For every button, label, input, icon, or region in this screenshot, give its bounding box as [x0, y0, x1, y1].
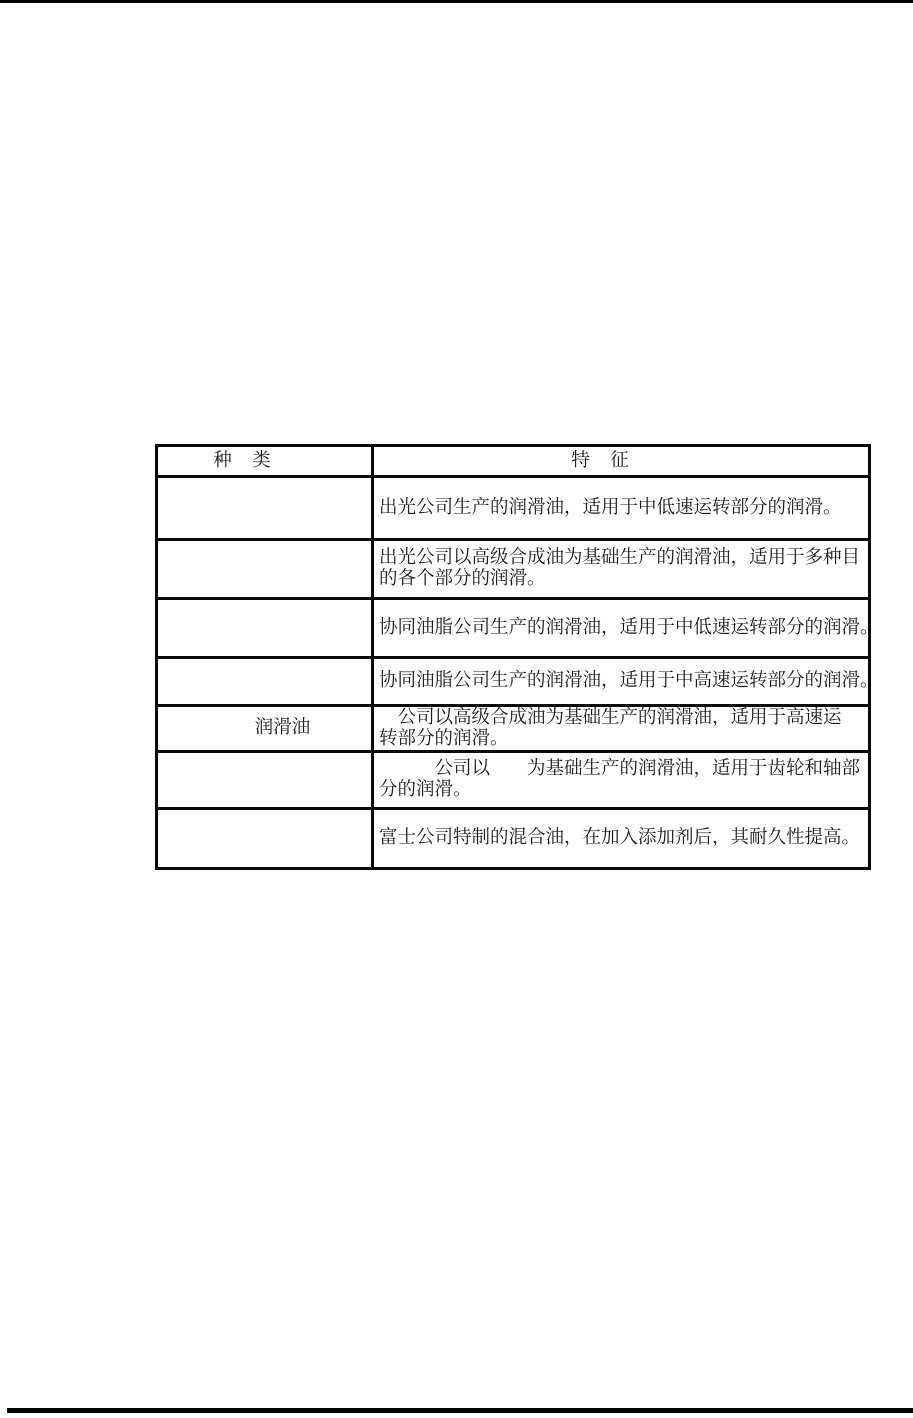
- feature-cell: 富士公司特制的混合油，在加入添加剂后，其耐久性提高。: [374, 810, 868, 867]
- page-top-rule: [0, 0, 913, 3]
- type-cell: [158, 541, 374, 597]
- feature-text: 协同油脂公司生产的润滑油，适用于中高速运转部分的润滑。: [379, 671, 868, 692]
- table-row: 出光公司以高级合成油为基础生产的润滑油，适用于多种目 的各个部分的润滑。: [158, 541, 868, 600]
- type-cell: [158, 753, 374, 807]
- feature-text: 公司以高级合成油为基础生产的润滑油，适用于高速运 转部分的润滑。: [379, 708, 842, 750]
- table-row: 协同油脂公司生产的润滑油，适用于中低速运转部分的润滑。: [158, 600, 868, 659]
- document-page: 种 类 特 征 出光公司生产的润滑油，适用于中低速运转部分的润滑。 出光公司以高…: [0, 0, 913, 1418]
- table-row: 公司以 为基础生产的润滑油，适用于齿轮和轴部 分的润滑。: [158, 753, 868, 810]
- header-feature-label: 特 征: [571, 451, 630, 472]
- lubricant-types-table: 种 类 特 征 出光公司生产的润滑油，适用于中低速运转部分的润滑。 出光公司以高…: [155, 444, 871, 870]
- type-cell: [158, 810, 374, 867]
- feature-text: 公司以 为基础生产的润滑油，适用于齿轮和轴部 分的润滑。: [379, 759, 860, 801]
- table-row: 富士公司特制的混合油，在加入添加剂后，其耐久性提高。: [158, 810, 868, 867]
- feature-cell: 公司以高级合成油为基础生产的润滑油，适用于高速运 转部分的润滑。: [374, 707, 868, 750]
- feature-cell: 协同油脂公司生产的润滑油，适用于中高速运转部分的润滑。: [374, 659, 868, 704]
- feature-cell: 出光公司以高级合成油为基础生产的润滑油，适用于多种目 的各个部分的润滑。: [374, 541, 868, 597]
- header-type-cell: 种 类: [158, 447, 374, 475]
- type-label: 润滑油: [255, 718, 311, 739]
- header-type-label: 种 类: [213, 451, 272, 472]
- feature-cell: 出光公司生产的润滑油，适用于中低速运转部分的润滑。: [374, 478, 868, 538]
- table-header-row: 种 类 特 征: [158, 447, 868, 478]
- type-cell: [158, 478, 374, 538]
- feature-text: 出光公司以高级合成油为基础生产的润滑油，适用于多种目 的各个部分的润滑。: [379, 548, 860, 590]
- table-row: 协同油脂公司生产的润滑油，适用于中高速运转部分的润滑。: [158, 659, 868, 707]
- feature-cell: 协同油脂公司生产的润滑油，适用于中低速运转部分的润滑。: [374, 600, 868, 656]
- type-cell: [158, 659, 374, 704]
- feature-cell: 公司以 为基础生产的润滑油，适用于齿轮和轴部 分的润滑。: [374, 753, 868, 807]
- header-feature-cell: 特 征: [374, 447, 868, 475]
- type-cell: 润滑油: [158, 707, 374, 750]
- feature-text: 富士公司特制的混合油，在加入添加剂后，其耐久性提高。: [379, 828, 860, 849]
- feature-text: 协同油脂公司生产的润滑油，适用于中低速运转部分的润滑。: [379, 618, 868, 639]
- table-row: 出光公司生产的润滑油，适用于中低速运转部分的润滑。: [158, 478, 868, 541]
- table-row: 润滑油 公司以高级合成油为基础生产的润滑油，适用于高速运 转部分的润滑。: [158, 707, 868, 753]
- type-cell: [158, 600, 374, 656]
- feature-text: 出光公司生产的润滑油，适用于中低速运转部分的润滑。: [379, 498, 842, 519]
- page-bottom-rule: [7, 1408, 913, 1413]
